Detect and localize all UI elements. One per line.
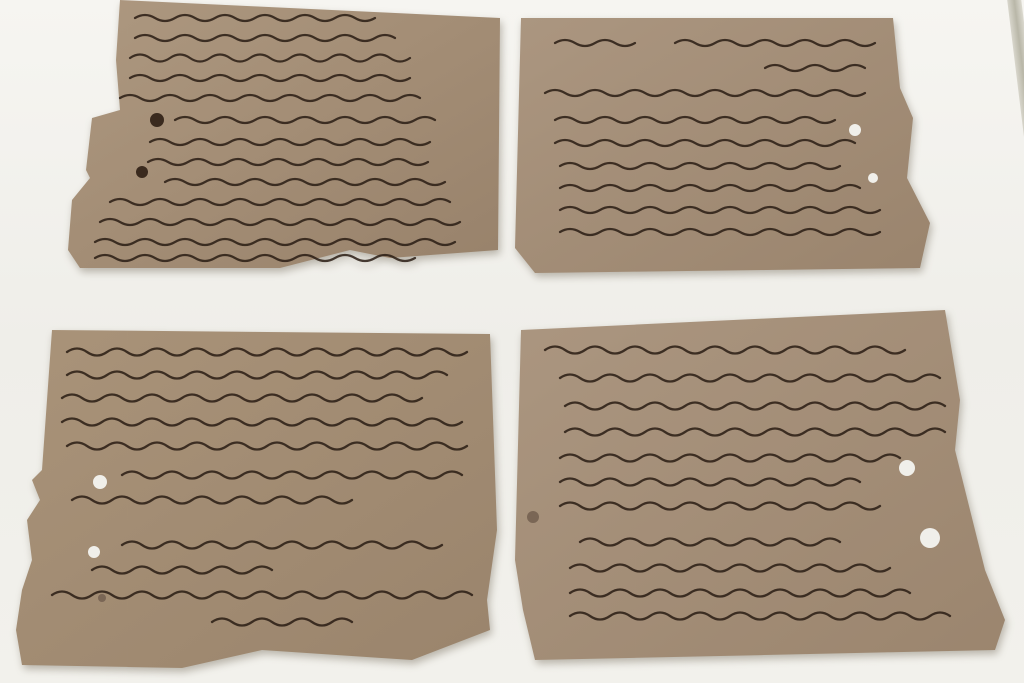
tablet-hole: [150, 113, 164, 127]
tablet-hole: [93, 475, 107, 489]
tablet-hole: [920, 528, 940, 548]
tablet-top-left: [60, 0, 510, 280]
tablet-bottom-left: [12, 330, 502, 670]
tablet-top-right: [515, 18, 935, 278]
tablet-hole: [136, 166, 148, 178]
tablet-hole: [98, 594, 106, 602]
tablet-bottom-right: [515, 310, 1015, 670]
tablet-hole: [527, 511, 539, 523]
tablet-hole: [868, 173, 878, 183]
tablet-hole: [899, 460, 915, 476]
tablet-hole: [849, 124, 861, 136]
tablet-hole: [88, 546, 100, 558]
